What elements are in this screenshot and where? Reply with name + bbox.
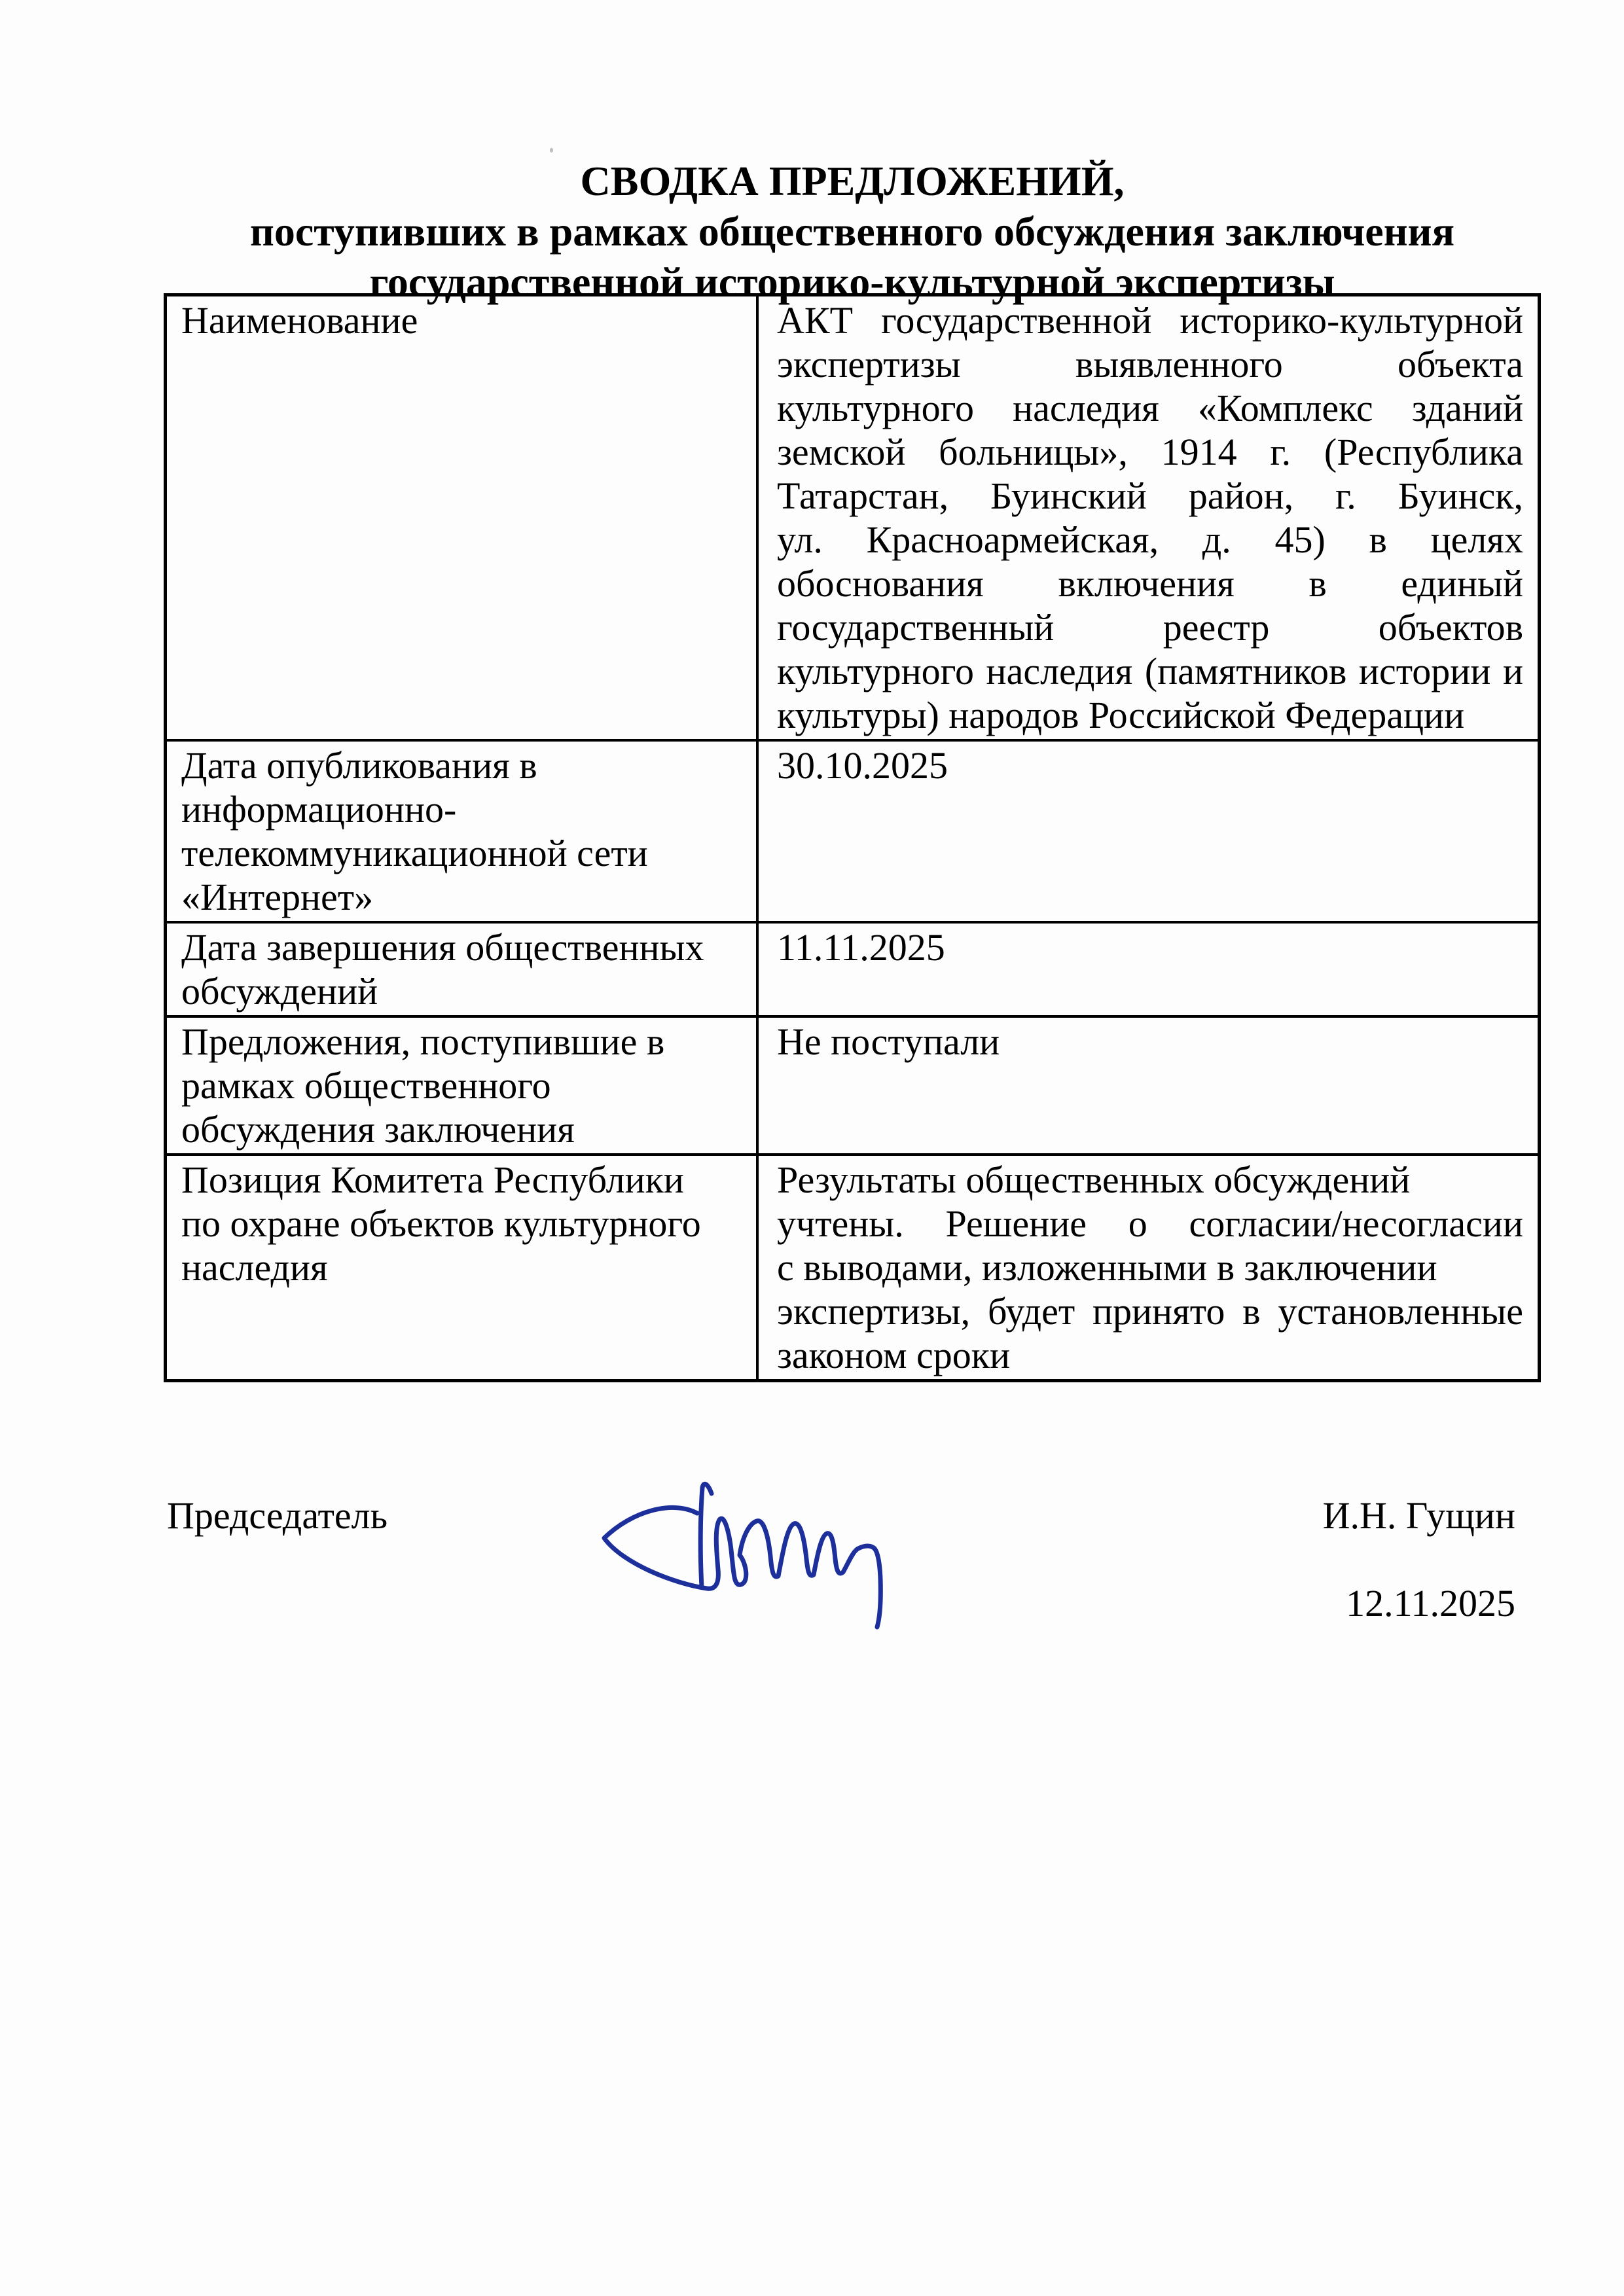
row-label-cell: Наименование bbox=[167, 296, 759, 739]
value-line: с выводами, изложенными в заключении bbox=[777, 1246, 1523, 1289]
spacer bbox=[1323, 1537, 1515, 1581]
table-row-name: Наименование АКТ государственной историк… bbox=[167, 296, 1538, 739]
row-value-cell: Результаты общественных обсуждений учтен… bbox=[759, 1156, 1538, 1379]
signature-stroke bbox=[604, 1507, 880, 1627]
value-line: Татарстан, Буинский район, г. Буинск, bbox=[777, 474, 1523, 518]
table-row-proposals: Предложения, поступившие в рамках общест… bbox=[167, 1015, 1538, 1153]
value-line: Результаты общественных обсуждений bbox=[777, 1158, 1523, 1202]
chairman-label: Председатель bbox=[167, 1494, 388, 1537]
scan-speck bbox=[550, 148, 553, 152]
row-label-cell: Предложения, поступившие в рамках общест… bbox=[167, 1018, 759, 1153]
value-line: учтены. Решение о согласии/несогласии bbox=[777, 1202, 1523, 1246]
title-line-1: СВОДКА ПРЕДЛОЖЕНИЙ, bbox=[164, 156, 1541, 206]
table-row-end-date: Дата завершения общественных обсуждений … bbox=[167, 921, 1538, 1015]
value-line: культурного наследия (памятников истории… bbox=[777, 649, 1523, 693]
value-line: экспертизы, будет принято в установленны… bbox=[777, 1289, 1523, 1333]
signature-section: И.Н. Гущин 12.11.2025 bbox=[1323, 1494, 1515, 1625]
value-line: обоснования включения в единый bbox=[777, 562, 1523, 605]
value-line: земской больницы», 1914 г. (Республика bbox=[777, 430, 1523, 474]
value-line: культурного наследия «Комплекс зданий bbox=[777, 386, 1523, 430]
row-value-cell: 30.10.2025 bbox=[759, 742, 1538, 921]
row-value-cell: 11.11.2025 bbox=[759, 924, 1538, 1015]
row-label-cell: Дата завершения общественных обсуждений bbox=[167, 924, 759, 1015]
signature-date: 12.11.2025 bbox=[1323, 1581, 1515, 1625]
table-row-publication-date: Дата опубликования в информационно- теле… bbox=[167, 739, 1538, 921]
signature-svg bbox=[589, 1473, 897, 1643]
table-row-committee-position: Позиция Комитета Республики по охране об… bbox=[167, 1153, 1538, 1379]
value-line: ул. Красноармейская, д. 45) в целях bbox=[777, 518, 1523, 562]
row-value-cell: АКТ государственной историко-культурной … bbox=[759, 296, 1538, 739]
row-value-cell: Не поступали bbox=[759, 1018, 1538, 1153]
value-line: культуры) народов Российской Федерации bbox=[777, 693, 1523, 737]
summary-table: Наименование АКТ государственной историк… bbox=[164, 293, 1541, 1382]
title-line-2: поступивших в рамках общественного обсуж… bbox=[164, 206, 1541, 257]
value-line: экспертизы выявленного объекта bbox=[777, 342, 1523, 386]
value-line: законом сроки bbox=[777, 1333, 1523, 1377]
signature-stroke bbox=[700, 1484, 712, 1587]
signer-name: И.Н. Гущин bbox=[1323, 1494, 1515, 1537]
value-line: государственный реестр объектов bbox=[777, 605, 1523, 649]
row-label-cell: Дата опубликования в информационно- теле… bbox=[167, 742, 759, 921]
value-line: АКТ государственной историко-культурной bbox=[777, 298, 1523, 342]
document-title: СВОДКА ПРЕДЛОЖЕНИЙ, поступивших в рамках… bbox=[164, 156, 1541, 307]
document-page: СВОДКА ПРЕДЛОЖЕНИЙ, поступивших в рамках… bbox=[0, 0, 1624, 2296]
row-label-cell: Позиция Комитета Республики по охране об… bbox=[167, 1156, 759, 1379]
